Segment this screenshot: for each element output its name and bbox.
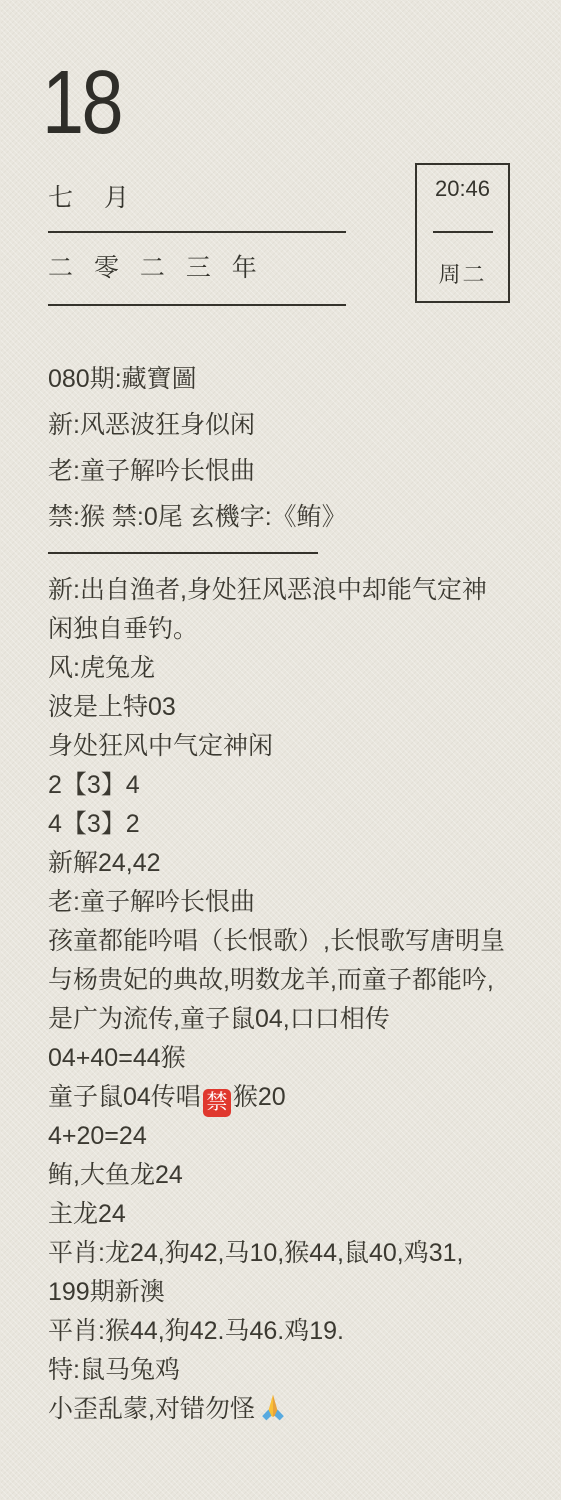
closing-line: 小歪乱蒙,对错勿怪 xyxy=(48,1390,505,1429)
analysis-line: 04+40=44猴 xyxy=(48,1039,505,1078)
riddle-header-block: 080期:藏寶圖 新:风恶波狂身似闲 老:童子解吟长恨曲 禁:猴 禁:0尾 玄機… xyxy=(48,356,347,540)
closing-text: 小歪乱蒙,对错勿怪 xyxy=(48,1395,255,1423)
prohibited-icon: 禁 xyxy=(203,1089,231,1117)
folded-hands-icon xyxy=(258,1392,288,1422)
year-underline xyxy=(48,304,346,306)
analysis-block: 新:出自渔者,身处狂风恶浪中却能气定神 闲独自垂钓。 风:虎兔龙 波是上特03 … xyxy=(48,571,505,1429)
month-underline xyxy=(48,231,346,233)
analysis-line-with-badge: 童子鼠04传唱禁猴20 xyxy=(48,1078,505,1117)
riddle-old-verse: 老:童子解吟长恨曲 xyxy=(48,448,347,494)
analysis-line: 199期新澳 xyxy=(48,1273,505,1312)
analysis-line: 新解24,42 xyxy=(48,844,505,883)
section-separator xyxy=(48,552,318,554)
analysis-line: 特:鼠马兔鸡 xyxy=(48,1351,505,1390)
calendar-year-label: 二 零 二 三 年 xyxy=(48,254,264,282)
analysis-line: 平肖:猴44,狗42.马46.鸡19. xyxy=(48,1312,505,1351)
analysis-line: 4【3】2 xyxy=(48,805,505,844)
analysis-line: 波是上特03 xyxy=(48,688,505,727)
analysis-line: 平肖:龙24,狗42,马10,猴44,鼠40,鸡31, xyxy=(48,1234,505,1273)
calendar-day-number: 18 xyxy=(42,58,121,148)
analysis-line: 孩童都能吟唱（长恨歌）,长恨歌写唐明皇 xyxy=(48,922,505,961)
analysis-line: 闲独自垂钓。 xyxy=(48,610,505,649)
riddle-new-verse: 新:风恶波狂身似闲 xyxy=(48,402,347,448)
analysis-line: 是广为流传,童子鼠04,口口相传 xyxy=(48,1000,505,1039)
time-weekday-box: 20:46 周二 xyxy=(415,163,510,303)
datebox-divider xyxy=(433,231,493,233)
weekday-label: 周二 xyxy=(438,263,486,287)
badge-line-suffix: 猴20 xyxy=(233,1083,286,1111)
calendar-note-page: 18 七 月 二 零 二 三 年 20:46 周二 080期:藏寶圖 新:风恶波… xyxy=(0,0,561,1500)
analysis-line: 2【3】4 xyxy=(48,766,505,805)
analysis-line: 鲔,大鱼龙24 xyxy=(48,1156,505,1195)
analysis-line: 老:童子解吟长恨曲 xyxy=(48,883,505,922)
riddle-forbidden-line: 禁:猴 禁:0尾 玄機字:《鲔》 xyxy=(48,494,347,540)
badge-line-prefix: 童子鼠04传唱 xyxy=(48,1083,201,1111)
analysis-line: 4+20=24 xyxy=(48,1117,505,1156)
analysis-line: 身处狂风中气定神闲 xyxy=(48,727,505,766)
analysis-line: 与杨贵妃的典故,明数龙羊,而童子都能吟, xyxy=(48,961,505,1000)
clock-time: 20:46 xyxy=(435,177,490,201)
prohibited-icon-label: 禁 xyxy=(206,1091,227,1114)
analysis-line: 主龙24 xyxy=(48,1195,505,1234)
analysis-line: 新:出自渔者,身处狂风恶浪中却能气定神 xyxy=(48,571,505,610)
riddle-issue-title: 080期:藏寶圖 xyxy=(48,356,347,402)
analysis-line: 风:虎兔龙 xyxy=(48,649,505,688)
calendar-month-label: 七 月 xyxy=(48,184,141,212)
